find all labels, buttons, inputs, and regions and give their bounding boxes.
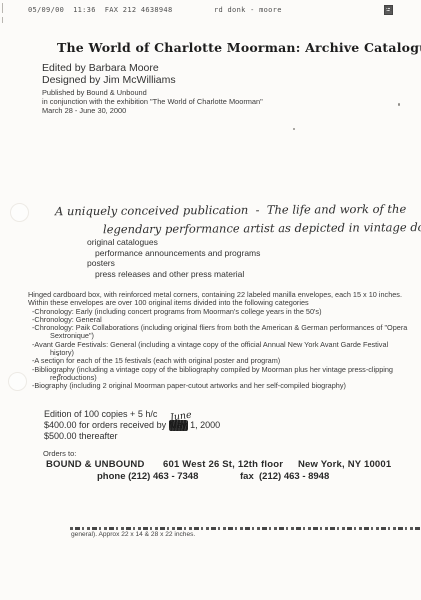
contents-list: original cataloguesperformance announcem… [87,237,260,279]
document-title: The World of Charlotte Moorman: Archive … [57,40,421,55]
orders-label: Orders to: [43,449,76,458]
published-by-line: Published by Bound & Unbound [42,88,263,97]
scan-speck [293,128,295,130]
exhibition-note-line: in conjunction with the exhibition "The … [42,97,263,106]
contents-list-item: posters [87,258,260,269]
fax-timestamp: 05/09/00 11:36 FAX 212 4638948 [28,6,172,14]
fax-page-number: 01 [384,5,393,13]
handwritten-intro-line1: A uniquely conceived publication - The l… [55,202,406,218]
credits-block: Edited by Barbara Moore Designed by Jim … [42,63,263,115]
edition-block: Edition of 100 copies + 5 h/c $400.00 fo… [44,409,220,442]
street-address: 601 West 26 St, 12th floor [163,459,283,470]
box-description: Hinged cardboard box, with reinforced me… [28,291,412,391]
phone-number: phone (212) 463 - 7348 [97,471,198,482]
hole-punch-mark [10,203,29,222]
designed-by-line: Designed by Jim McWilliams [42,75,263,87]
contents-list-item: press releases and other press material [87,269,260,280]
struck-word: MayJune [169,420,188,431]
category-item: -Chronology: Paik Collaborations (includ… [28,324,412,341]
category-item: -Biography (including 2 original Moorman… [28,382,412,390]
scan-speck [398,103,400,106]
fax-subject: rd donk - moore [214,6,282,14]
handwritten-intro-line2: legendary performance artist as depicted… [103,220,421,237]
clipped-text-fragment [70,527,420,530]
price-suffix: 1, 2000 [188,420,221,430]
contents-list-item: performance announcements and programs [87,248,260,259]
exhibition-dates-line: March 28 - June 30, 2000 [42,106,263,115]
scan-edge-mark [2,17,3,23]
company-name: BOUND & UNBOUND [46,459,145,470]
category-item: -Avant Garde Festivals: General (includi… [28,341,412,358]
category-list: -Chronology: Early (including concert pr… [28,308,412,391]
edition-price-line: $400.00 for orders received by MayJune 1… [44,420,220,431]
fax-number: fax (212) 463 - 8948 [240,471,329,482]
box-description-intro: Hinged cardboard box, with reinforced me… [28,291,412,308]
price-prefix: $400.00 for orders received by [44,420,169,430]
edited-by-line: Edited by Barbara Moore [42,63,263,75]
bottom-fragment-line: general). Approx 22 x 14 & 28 x 22 inche… [71,531,195,538]
fax-document-page: 05/09/00 11:36 FAX 212 4638948 rd donk -… [0,0,421,600]
fax-transmission-header: 05/09/00 11:36 FAX 212 4638948 rd donk -… [0,4,421,18]
edition-copies-line: Edition of 100 copies + 5 h/c [44,409,220,420]
city-state-zip: New York, NY 10001 [298,459,391,470]
scan-edge-mark [2,3,3,13]
edition-thereafter-line: $500.00 thereafter [44,431,220,442]
contents-list-item: original catalogues [87,237,260,248]
category-item: -Bibliography (including a vintage copy … [28,366,412,383]
hole-punch-mark [8,372,27,391]
